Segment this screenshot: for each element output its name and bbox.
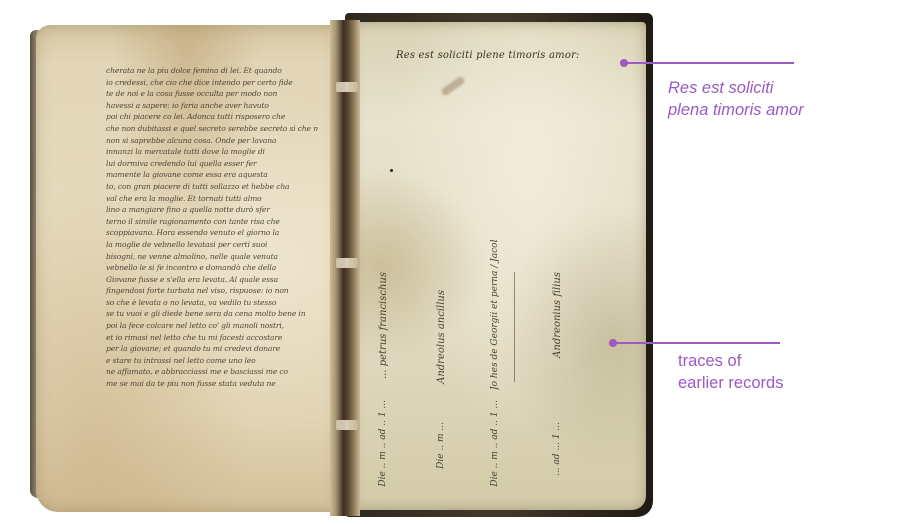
annotation-traces-line-1: traces of [678,350,783,372]
manuscript-line: lui dormiva credendo lui quella esser fe… [106,158,318,170]
ink-dot [390,169,393,172]
manuscript-line: io credessi, che cio che dice intendo pe… [106,77,318,89]
handwritten-motto: Res est soliciti plene timoris amor: [396,50,580,61]
manuscript-line: to, con gran piacere di tutti sollazzo e… [106,181,318,193]
manuscript-line: terno il simile ragionamento con tante r… [106,216,318,228]
annotation-motto-line-1: Res est soliciti [668,77,804,99]
manuscript-line: et io rimasi nel letto che tu mi facesti… [106,332,318,344]
manuscript-figure: cherata ne la piu dolce femina di lei. E… [0,0,900,524]
annotation-leader-line-motto [624,62,794,64]
manuscript-line: so che è levata o no levata, va vedilo t… [106,297,318,309]
left-page: cherata ne la piu dolce femina di lei. E… [36,25,338,512]
book-spine [330,20,360,516]
manuscript-line: e stare tu intrassi nel letto come uno l… [106,355,318,367]
annotation-leader-line-traces [613,342,780,344]
manuscript-line: ne affamato, e abbracciassi me e bascias… [106,366,318,378]
binding-tie [336,82,358,92]
manuscript-line: havessi a sapere: io faria anche aver ha… [106,100,318,112]
manuscript-line: me se mai da te piu non fusse stata vedu… [106,378,318,390]
manuscript-line: la moglie de vebnello levatasi per certi… [106,239,318,251]
record-1-lower: Die .. m .. ad .. 1 ... [378,400,388,487]
manuscript-line: Giovane fusse e s'ella era levata. Al qu… [106,274,318,286]
manuscript-line: poi chi piacere co lei. Adonca tutti ris… [106,111,318,123]
record-4-upper: Andreonius filius [552,272,563,358]
manuscript-line: bisogni, ne venne almolino, nelle quale … [106,251,318,263]
manuscript-line: cherata ne la piu dolce femina di lei. E… [106,65,318,77]
manuscript-line: che non dubitassi e quel secreto serebbe… [106,123,318,135]
ink-stain [440,75,466,96]
record-3-rule [514,272,515,382]
manuscript-line: poi la fece colcare nel letto co' gli ma… [106,320,318,332]
manuscript-line: scoppiavano. Hora essendo venuto el gior… [106,227,318,239]
manuscript-line: mamente la giovane come essa era aquesta [106,169,318,181]
right-page: Res est soliciti plene timoris amor: ...… [352,22,646,510]
manuscript-line: se tu vuoi e gli diede bene sera da cena… [106,308,318,320]
record-4-lower: ... ad ... 1 ... [552,422,562,476]
left-page-text-block: cherata ne la piu dolce femina di lei. E… [106,65,318,390]
manuscript-line: fingendosi forte turbata nel viso, rispu… [106,285,318,297]
manuscript-line: lino a mangiare fino a quella notte durò… [106,204,318,216]
annotation-label-traces: traces of earlier records [678,350,783,394]
manuscript-line: te de noi e la cosa fusse occulta per mo… [106,88,318,100]
binding-tie [336,258,358,268]
manuscript-line: val che era la moglie. Et tornati tutti … [106,193,318,205]
manuscript-line: non si saprebbe alcuna cosa. Onde per la… [106,135,318,147]
record-3-upper: Jo hes de Georgii et perna / Jacob Georg… [490,240,500,390]
manuscript-line: vebnello le si fe incontro e domandò che… [106,262,318,274]
annotation-motto-line-2: plena timoris amor [668,99,804,121]
record-2-lower: Die .. m ... [436,422,446,469]
binding-tie [336,420,358,430]
record-3-lower: Die .. m .. ad .. 1 ... [490,400,500,487]
manuscript-line: per la giovane; et quando tu mi credevi … [106,343,318,355]
record-1-upper: ... petrus francischus [378,272,389,379]
record-2-upper: Andreolus ancillus [436,290,447,384]
annotation-traces-line-2: earlier records [678,372,783,394]
annotation-label-motto: Res est soliciti plena timoris amor [668,77,804,121]
manuscript-line: innanzi la mercatale tutti dove la mogli… [106,146,318,158]
